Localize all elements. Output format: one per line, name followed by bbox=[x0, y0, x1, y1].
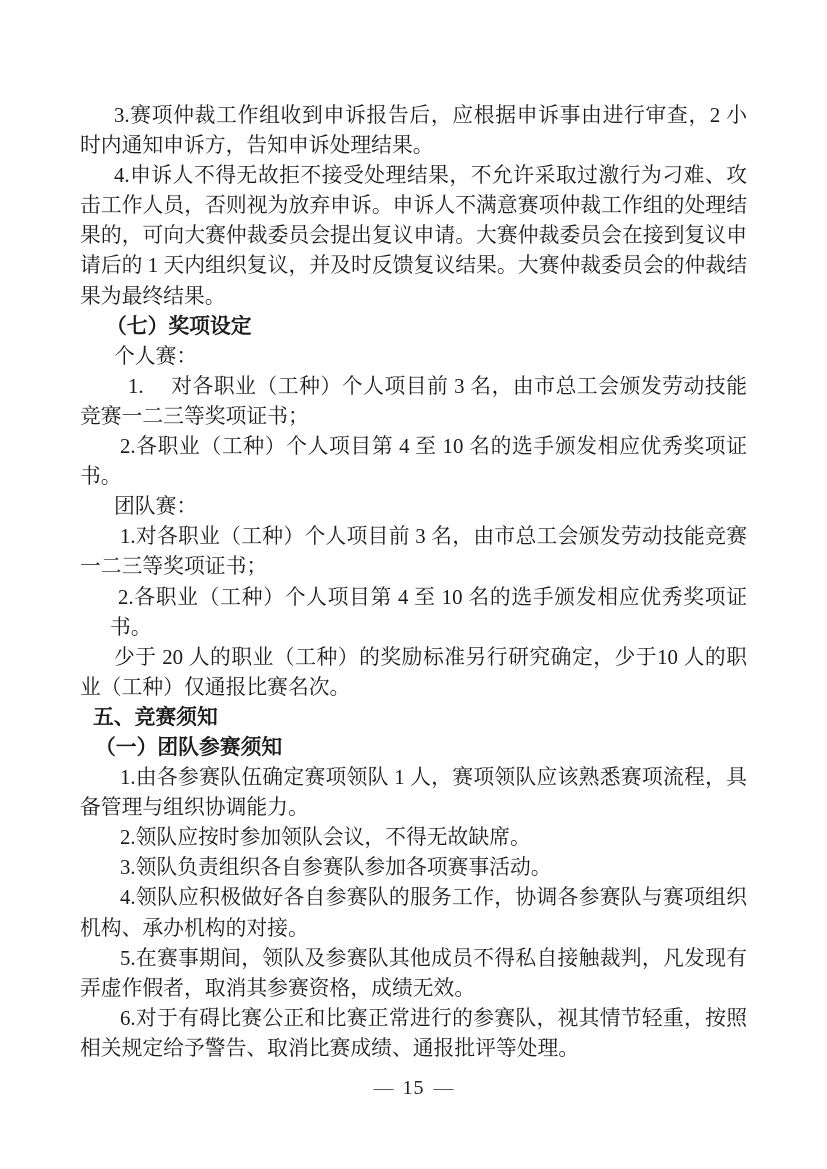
list-item-individual-award-1: 1. 对各职业（工种）个人项目前 3 名，由市总工会颁发劳动技能竞赛一二三等奖项… bbox=[80, 372, 747, 432]
list-item-individual-award-2: 2.各职业（工种）个人项目第 4 至 10 名的选手颁发相应优秀奖项证书。 bbox=[80, 432, 747, 492]
document-page: 3.赛项仲裁工作组收到申诉报告后，应根据申诉事由进行审查，2 小时内通知申诉方，… bbox=[0, 0, 827, 1169]
paragraph-appeal-item-3: 3.赛项仲裁工作组收到申诉报告后，应根据申诉事由进行审查，2 小时内通知申诉方，… bbox=[80, 101, 747, 161]
heading-competition-notice: 五、竞赛须知 bbox=[80, 703, 747, 733]
page-footer: —15— bbox=[0, 1076, 827, 1100]
list-item-team-notice-2: 2.领队应按时参加领队会议，不得无故缺席。 bbox=[80, 823, 747, 853]
list-item-team-award-2: 2.各职业（工种）个人项目第 4 至 10 名的选手颁发相应优秀奖项证书。 bbox=[80, 583, 747, 643]
list-item-team-notice-4: 4.领队应积极做好各自参赛队的服务工作，协调各参赛队与赛项组织机构、承办机构的对… bbox=[80, 883, 747, 943]
paragraph-appeal-item-4: 4.申诉人不得无故拒不接受处理结果，不允许采取过激行为刁难、攻击工作人员，否则视… bbox=[80, 161, 747, 311]
footer-dash-left: — bbox=[374, 1077, 394, 1099]
label-team-competition: 团队赛： bbox=[80, 492, 747, 522]
page-number: 15 bbox=[403, 1076, 425, 1100]
list-item-team-notice-3: 3.领队负责组织各自参赛队参加各项赛事活动。 bbox=[80, 853, 747, 883]
list-item-team-notice-1: 1.由各参赛队伍确定赛项领队 1 人，赛项领队应该熟悉赛项流程，具备管理与组织协… bbox=[80, 763, 747, 823]
list-item-team-notice-5: 5.在赛事期间，领队及参赛队其他成员不得私自接触裁判，凡发现有弄虚作假者，取消其… bbox=[80, 944, 747, 1004]
list-item-team-notice-6: 6.对于有碍比赛公正和比赛正常进行的参赛队，视其情节轻重，按照相关规定给予警告、… bbox=[80, 1004, 747, 1064]
footer-dash-right: — bbox=[434, 1077, 454, 1099]
paragraph-award-threshold-note: 少于 20 人的职业（工种）的奖励标准另行研究确定，少于10 人的职业（工种）仅… bbox=[80, 643, 747, 703]
list-item-team-award-1: 1.对各职业（工种）个人项目前 3 名，由市总工会颁发劳动技能竞赛一二三等奖项证… bbox=[80, 522, 747, 582]
label-individual-competition: 个人赛： bbox=[80, 342, 747, 372]
heading-team-participation-notice: （一）团队参赛须知 bbox=[80, 733, 747, 763]
document-body: 3.赛项仲裁工作组收到申诉报告后，应根据申诉事由进行审查，2 小时内通知申诉方，… bbox=[80, 101, 747, 1064]
heading-award-settings: （七）奖项设定 bbox=[80, 312, 747, 342]
